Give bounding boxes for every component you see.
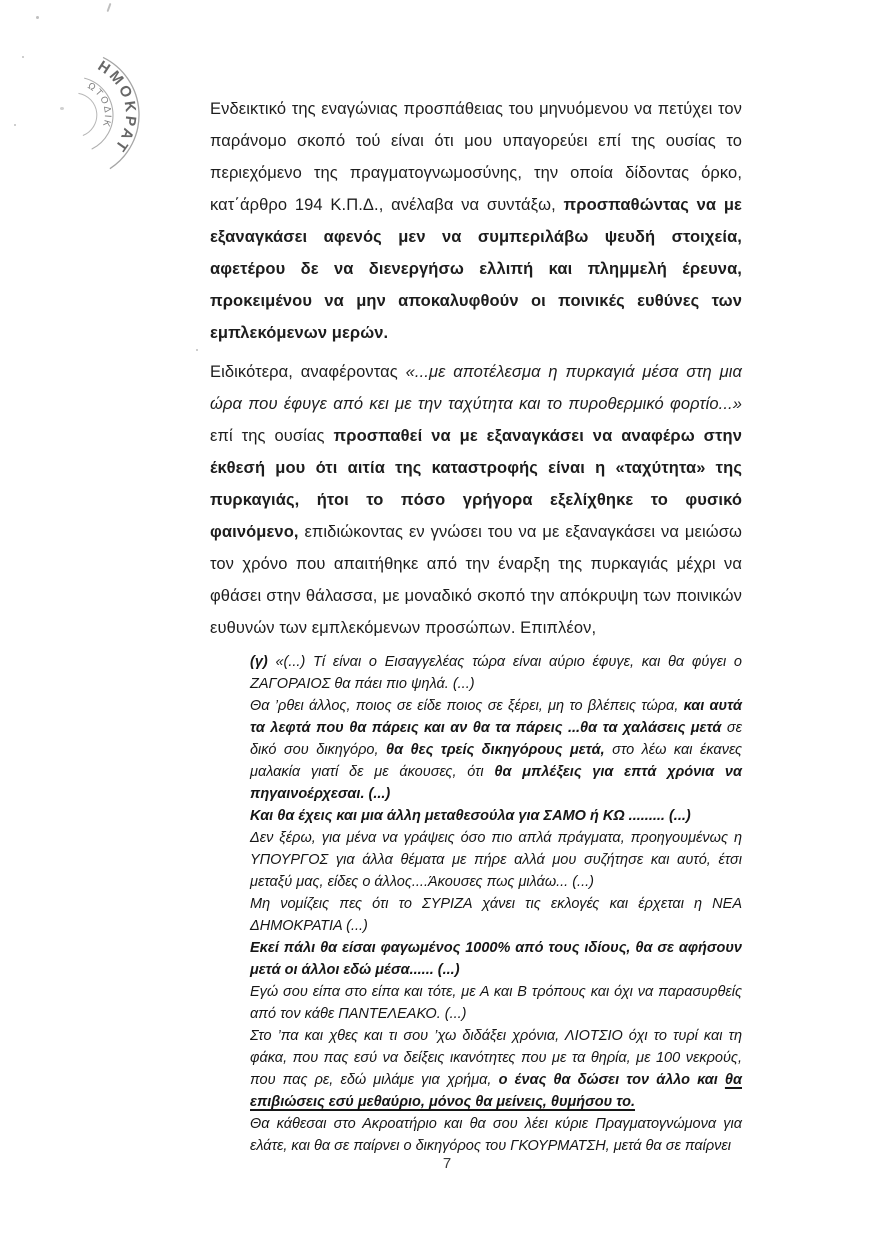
scan-speck <box>36 16 39 19</box>
paragraph: (γ) «(...) Τί είναι ο Εισαγγελέας τώρα ε… <box>250 651 742 695</box>
text-run: προσπαθώντας να με εξαναγκάσει αφενός με… <box>210 196 742 342</box>
paragraph: Και θα έχεις και μια άλλη μεταθεσούλα γι… <box>250 805 742 827</box>
paragraph: Στο ’πα και χθες και τι σου ’χω διδάξει … <box>250 1025 742 1113</box>
text-run: θα θες τρείς δικηγόρους μετά, <box>386 742 605 758</box>
paragraph: Θα κάθεσαι στο Ακροατήριο και θα σου λέε… <box>250 1113 742 1157</box>
scan-speck <box>196 349 198 351</box>
text-run: Εγώ σου είπα στο είπα και τότε, με Α και… <box>250 984 742 1022</box>
text-run: Θα ’ρθει άλλος, ποιος σε είδε ποιος σε ξ… <box>250 698 684 714</box>
text-run: ο ένας θα δώσει τον άλλο και <box>499 1072 725 1088</box>
scan-speck <box>60 107 64 110</box>
paragraph: Ενδεικτικό της εναγώνιας προσπάθειας του… <box>210 93 742 349</box>
text-run: (γ) <box>250 654 275 670</box>
main-text: Ενδεικτικό της εναγώνιας προσπάθειας του… <box>210 93 742 644</box>
paragraph: Ειδικότερα, αναφέροντας «...με αποτέλεσμ… <box>210 356 742 644</box>
paragraph: Εκεί πάλι θα είσαι φαγωμένος 1000% από τ… <box>250 937 742 981</box>
paragraph: Μη νομίζεις πες ότι το ΣΥΡΙΖΑ χάνει τις … <box>250 893 742 937</box>
scan-speck <box>22 56 24 58</box>
paragraph: Εγώ σου είπα στο είπα και τότε, με Α και… <box>250 981 742 1025</box>
scanned-document-page: { "page": { "number": "7" }, "stamp": { … <box>0 0 880 1243</box>
paragraph: Δεν ξέρω, για μένα να γράψεις όσο πιο απ… <box>250 827 742 893</box>
page-number: 7 <box>430 1155 464 1172</box>
text-run: Δεν ξέρω, για μένα να γράψεις όσο πιο απ… <box>250 830 742 890</box>
text-run: Μη νομίζεις πες ότι το ΣΥΡΙΖΑ χάνει τις … <box>250 896 742 934</box>
scan-speck <box>107 3 112 12</box>
document-page: ΗΜΟΚΡΑΤ ΩΤΟΔΙΚ Ενδεικτικό της εναγώνιας … <box>0 0 880 1243</box>
text-run: «(...) Τί είναι ο Εισαγγελέας τώρα είναι… <box>250 654 742 692</box>
text-run: Και θα έχεις και μια άλλη μεταθεσούλα γι… <box>250 808 691 824</box>
paragraph: Θα ’ρθει άλλος, ποιος σε είδε ποιος σε ξ… <box>250 695 742 805</box>
text-run: Εκεί πάλι θα είσαι φαγωμένος 1000% από τ… <box>250 940 742 978</box>
text-run: Ειδικότερα, αναφέροντας <box>210 363 406 381</box>
scan-speck <box>14 124 16 126</box>
text-run: Θα κάθεσαι στο Ακροατήριο και θα σου λέε… <box>250 1116 742 1154</box>
text-run: επί της ουσίας <box>210 427 334 445</box>
quote-block: (γ) «(...) Τί είναι ο Εισαγγελέας τώρα ε… <box>250 651 742 1157</box>
court-stamp: ΗΜΟΚΡΑΤ ΩΤΟΔΙΚ <box>60 48 172 190</box>
